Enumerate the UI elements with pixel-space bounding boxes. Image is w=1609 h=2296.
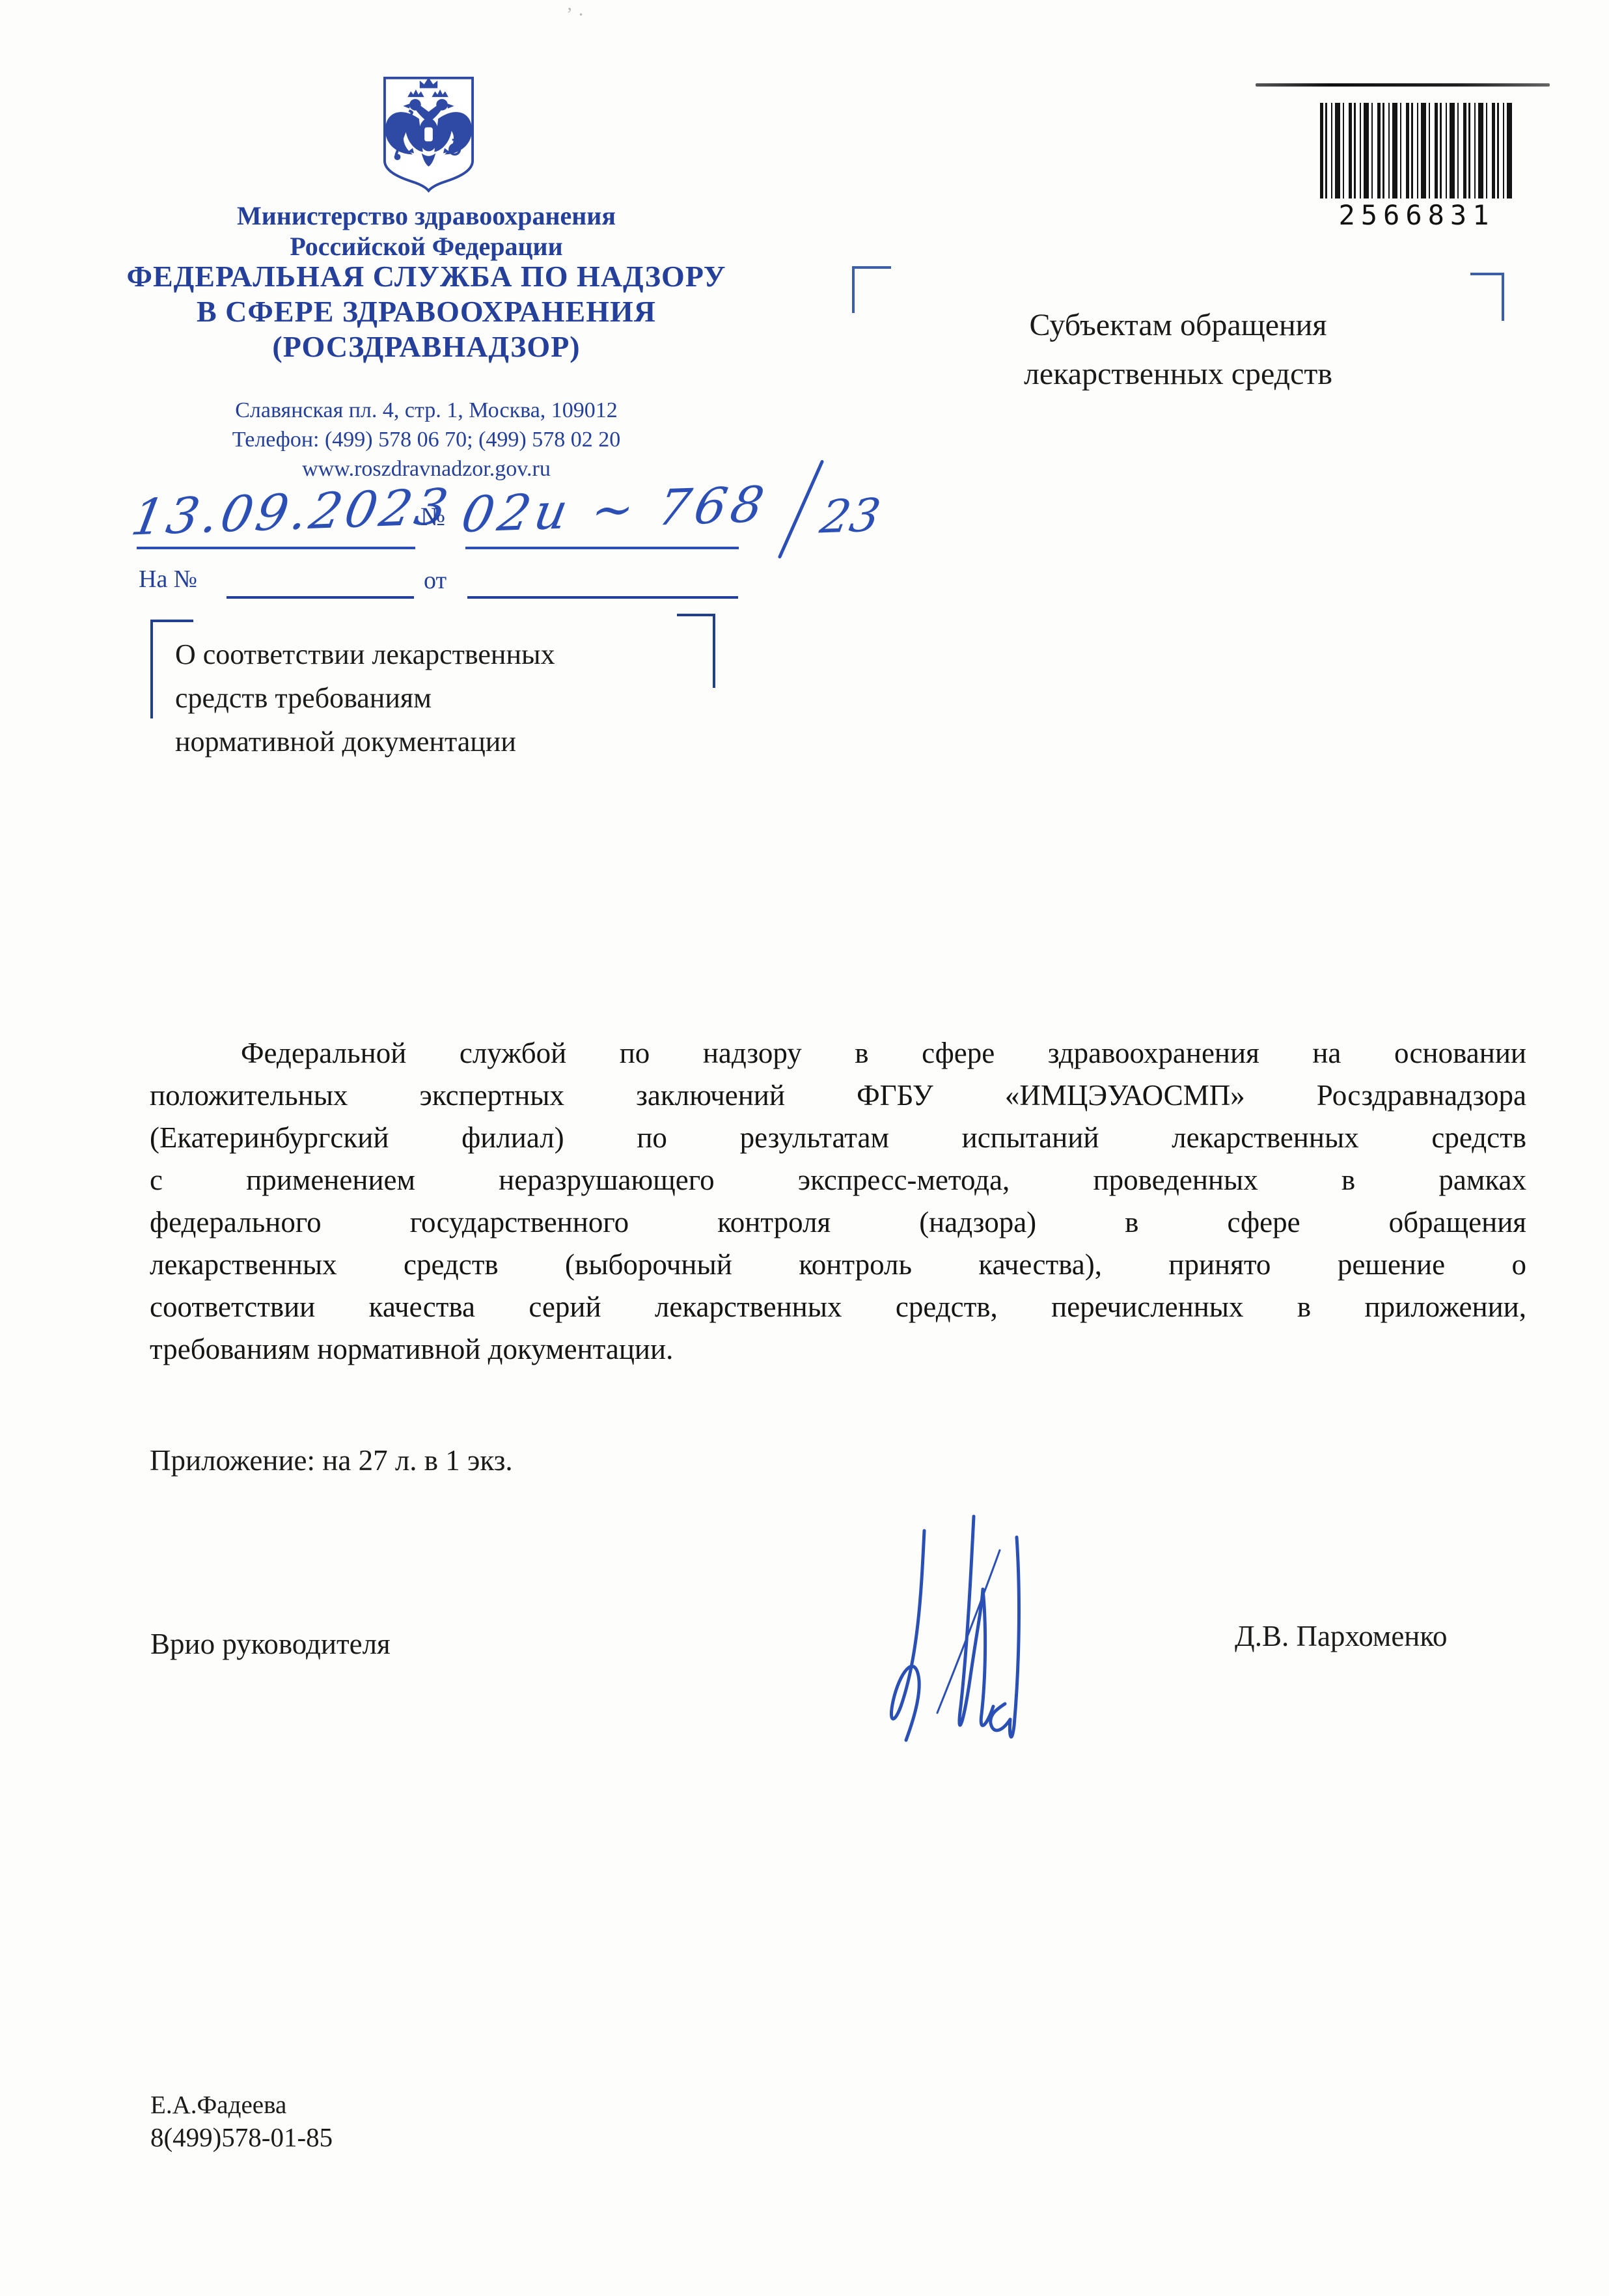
- double-headed-eagle-icon: [376, 72, 482, 194]
- reply-from-word: от: [424, 566, 447, 595]
- executor-phone: 8(499)578-01-85: [150, 2122, 333, 2153]
- reply-date-underline: [467, 596, 738, 599]
- service-line1: ФЕДЕРАЛЬНАЯ СЛУЖБА ПО НАДЗОРУ: [98, 259, 755, 294]
- body-line: Федеральной службой по надзору в сфере з…: [150, 1036, 1526, 1078]
- subject-line1: О соответствии лекарственных: [175, 633, 709, 676]
- scan-line-artifact: [1256, 83, 1550, 87]
- contact-block: Славянская пл. 4, стр. 1, Москва, 109012…: [98, 396, 755, 484]
- body-line: требованиям нормативной документации.: [150, 1332, 1526, 1374]
- subject-block: О соответствии лекарственных средств тре…: [175, 633, 709, 763]
- addressee-line2: лекарственных средств: [937, 349, 1419, 398]
- addressee-line1: Субъектам обращения: [937, 301, 1419, 349]
- addressee-corner-right: [1470, 273, 1504, 321]
- scanned-letter-page: ʼ ·: [0, 0, 1609, 2296]
- coat-of-arms-emblem: [376, 72, 482, 194]
- body-line: с применением неразрушающего экспресс-ме…: [150, 1163, 1526, 1205]
- reply-prefix: На №: [139, 565, 197, 594]
- ministry-line2: Российской Федерации: [117, 231, 736, 262]
- number-sign: №: [420, 501, 445, 532]
- subject-line2: средств требованиям: [175, 676, 709, 720]
- barcode-number: 2566831: [1320, 199, 1513, 231]
- postal-address: Славянская пл. 4, стр. 1, Москва, 109012: [98, 396, 755, 425]
- service-header: ФЕДЕРАЛЬНАЯ СЛУЖБА ПО НАДЗОРУ В СФЕРЕ ЗД…: [98, 259, 755, 364]
- signer-position: Врио руководителя: [150, 1627, 391, 1661]
- service-line2: В СФЕРЕ ЗДРАВООХРАНЕНИЯ: [98, 294, 755, 329]
- reply-number-underline: [227, 596, 414, 599]
- phone-line: Телефон: (499) 578 06 70; (499) 578 02 2…: [98, 425, 755, 454]
- service-line3: (РОСЗДРАВНАДЗОР): [98, 329, 755, 364]
- number-underline: [465, 547, 739, 549]
- handwritten-number-suffix: 23: [816, 488, 884, 543]
- signature-ink-icon: [846, 1511, 1120, 1758]
- subject-line3: нормативной документации: [175, 720, 709, 763]
- body-line: лекарственных средств (выборочный контро…: [150, 1248, 1526, 1290]
- addressee-block: Субъектам обращения лекарственных средст…: [937, 301, 1419, 398]
- barcode: [1320, 103, 1513, 198]
- body-line: федерального государственного контроля (…: [150, 1205, 1526, 1248]
- body-line: (Екатеринбургский филиал) по результатам…: [150, 1121, 1526, 1163]
- handwritten-number: 02и ~ 768: [458, 475, 773, 543]
- body-line: положительных экспертных заключений ФГБУ…: [150, 1078, 1526, 1121]
- executor-name: Е.А.Фадеева: [150, 2090, 286, 2120]
- ministry-header: Министерство здравоохранения Российской …: [117, 200, 736, 262]
- addressee-corner-left: [852, 266, 891, 313]
- scan-artifact-mark: ʼ ·: [566, 4, 584, 26]
- body-line: соответствии качества серий лекарственны…: [150, 1290, 1526, 1332]
- handwritten-slash: [778, 459, 825, 559]
- date-underline: [137, 547, 415, 549]
- ministry-line1: Министерство здравоохранения: [117, 200, 736, 231]
- signer-name: Д.В. Пархоменко: [1235, 1619, 1447, 1653]
- handwritten-date: 13.09.2023: [127, 478, 455, 547]
- attachment-line: Приложение: на 27 л. в 1 экз.: [150, 1443, 513, 1477]
- signature-scribble: [846, 1511, 1120, 1758]
